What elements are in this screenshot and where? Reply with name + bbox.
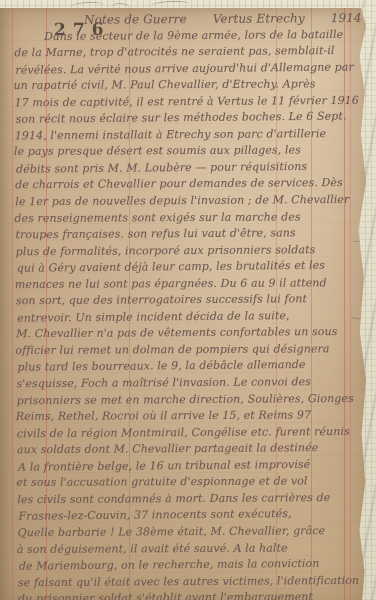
manuscript-line: Quelle barbarie ! Le 38ème était, M. Che… [18,523,362,542]
manuscript-line: et sous l'accusation gratuite d'espionna… [16,473,360,491]
title-notes-de-guerre: Notes de Guerre [84,12,187,27]
manuscript-line: un rapatrié civil, M. Paul Chevallier, d… [13,76,357,94]
manuscript-line: Reims, Rethel, Rocroi où il arrive le 15… [16,407,360,425]
manuscript-line: s'esquisse, Foch a maîtrisé l'invasion. … [16,374,360,393]
title-year: 1914 [331,11,362,25]
manuscript-line: des renseignements sont exigés sur la ma… [14,209,358,227]
manuscript-line: débits sont pris M. M. Loubère — pour ré… [16,158,360,178]
manuscript-page: 276 Notes de GuerreVertus Etrechy1914 Da… [0,8,366,600]
manuscript-line: de Mariembourg, on le recherche, mais la… [19,555,363,575]
manuscript-line: entrevoir. Un simple incident décida de … [17,307,361,327]
manuscript-line: du prisonnier soldat s'établit avant l'e… [18,589,362,600]
manuscript-line: menaces ne lui sont pas épargnées. Du 6 … [15,275,359,293]
ledger-rule [12,8,13,600]
page-title: Notes de GuerreVertus Etrechy1914 [14,10,358,29]
manuscript-line: le 1er pas de nouvelles depuis l'invasio… [15,192,359,211]
manuscript-line: M. Chevallier n'a pas de vêtements confo… [16,324,360,343]
manuscript-body: Dans le secteur de la 9ème armée, lors d… [14,26,362,600]
title-place: Vertus Etrechy [213,11,305,26]
handwritten-text: Notes de GuerreVertus Etrechy1914 Dans l… [14,10,362,600]
